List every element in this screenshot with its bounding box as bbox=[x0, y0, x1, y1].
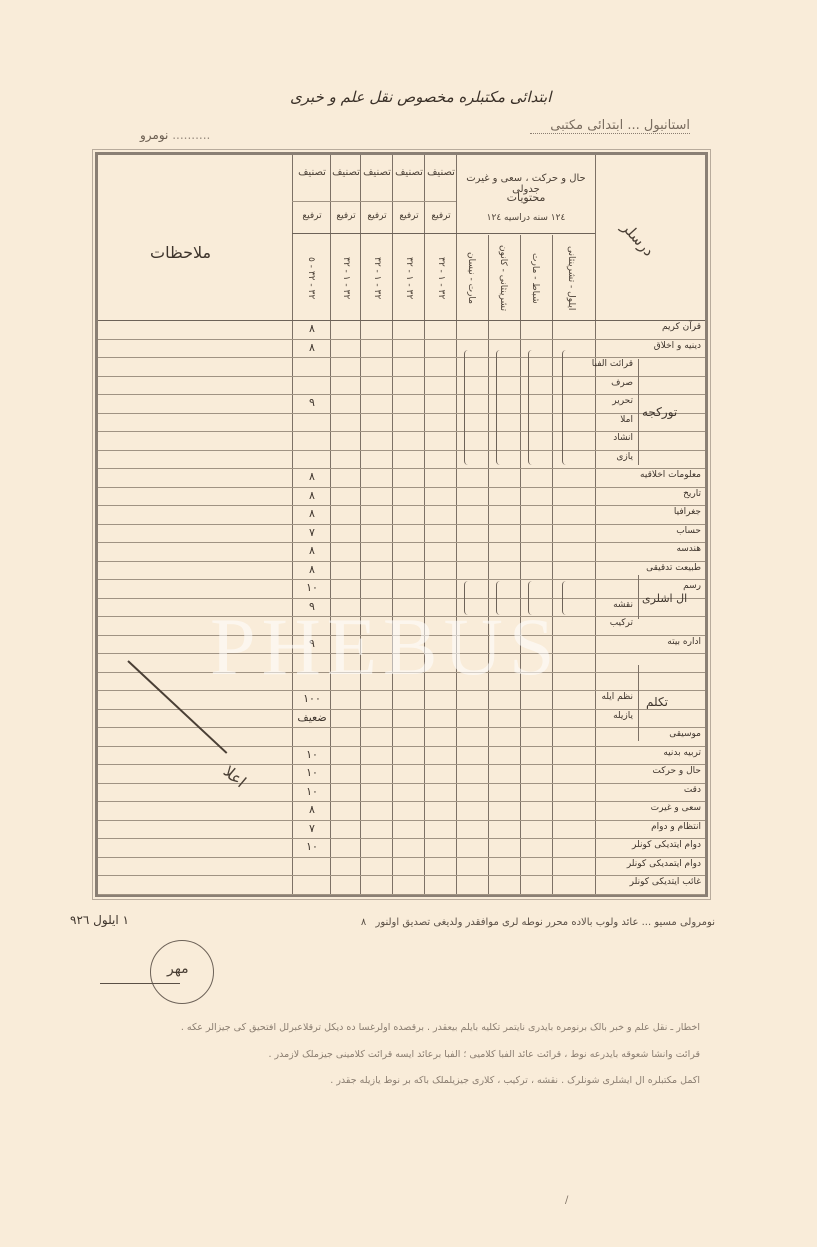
subject-label: انتظام و دوام bbox=[651, 822, 701, 832]
group-turkish: تورکجه bbox=[642, 405, 677, 419]
row-divider bbox=[98, 727, 705, 728]
school-name: استانبول ... ابتدائی مکتبی bbox=[530, 118, 690, 134]
row-divider bbox=[98, 413, 705, 414]
subject-label: حال و حرکت bbox=[652, 766, 701, 776]
divider bbox=[488, 235, 489, 894]
term-label-5: تصنیف bbox=[294, 167, 330, 178]
brace-mark bbox=[562, 350, 569, 465]
seal-signature: مهر bbox=[167, 961, 189, 977]
term-sub-1: ترفیع bbox=[426, 211, 456, 221]
row-divider bbox=[98, 746, 705, 747]
score-cell: ٨ bbox=[294, 489, 330, 502]
score-cell: ٧ bbox=[294, 822, 330, 835]
subject-label: حساب bbox=[676, 526, 701, 536]
term-date-4: ٣٢ - ١ - ٣٢ bbox=[341, 243, 351, 313]
group-divider bbox=[638, 575, 639, 619]
row-divider bbox=[98, 542, 705, 543]
subject-label: نقشه bbox=[613, 600, 633, 610]
brace-mark bbox=[464, 350, 471, 465]
row-divider bbox=[98, 838, 705, 839]
row-divider bbox=[98, 801, 705, 802]
subject-label: اداره بیته bbox=[667, 637, 701, 647]
remarks-signature: اعلا bbox=[220, 762, 250, 792]
group-speech: تکلم bbox=[646, 695, 668, 709]
subject-label: غائب ایتدیکی کونلر bbox=[630, 877, 701, 887]
subject-label: سعی و غیرت bbox=[651, 803, 701, 813]
score-cell: ٨ bbox=[294, 322, 330, 335]
document-title: ابتدائی مکتبلره مخصوص نقل علم و خبری bbox=[290, 88, 551, 106]
subject-label: صرف bbox=[611, 378, 633, 388]
row-divider bbox=[98, 431, 705, 432]
term-label-3: تصنیف bbox=[362, 167, 392, 178]
term-label-2: تصنیف bbox=[394, 167, 424, 178]
score-cell: ١٠ bbox=[294, 748, 330, 761]
score-cell: ١٠ bbox=[294, 840, 330, 853]
subject-label: دقت bbox=[684, 785, 701, 795]
term-date-3: ٣٢ - ١ - ٣٢ bbox=[372, 243, 382, 313]
subject-label: دوام ایتدیکی کونلر bbox=[632, 840, 701, 850]
group-divider bbox=[638, 665, 639, 741]
divider bbox=[520, 235, 521, 894]
term-date-1: ٣٢ - ١ - ٣٢ bbox=[436, 243, 446, 313]
score-cell: ١٠ bbox=[294, 581, 330, 594]
term-date-5: ٣٢ - ٣٢ - ٥ bbox=[306, 243, 316, 313]
score-cell: ١٠٠ bbox=[294, 692, 330, 705]
signature-stroke bbox=[100, 983, 180, 984]
subject-label: نظم ایله bbox=[601, 692, 633, 702]
row-divider bbox=[98, 875, 705, 876]
score-cell: ضعیف bbox=[294, 711, 330, 724]
subject-label: هندسه bbox=[676, 544, 701, 554]
subject-label: طبیعت تدقیقی bbox=[646, 563, 701, 573]
score-cell: ٨ bbox=[294, 341, 330, 354]
term-sub-5: ترفیع bbox=[294, 211, 330, 221]
term-date-2: ٣٢ - ١ - ٣٢ bbox=[404, 243, 414, 313]
subject-label: قرائت الفبا bbox=[592, 359, 633, 369]
score-cell: ٨ bbox=[294, 803, 330, 816]
month-col-4: ایلول - تشرینثانی bbox=[566, 243, 576, 313]
row-divider bbox=[98, 820, 705, 821]
subject-label: جغرافیا bbox=[674, 507, 701, 517]
seal-circle: مهر bbox=[150, 940, 214, 1004]
score-cell: ٨ bbox=[294, 470, 330, 483]
month-col-3: شباط - مارت bbox=[530, 243, 540, 313]
row-divider bbox=[98, 598, 705, 599]
grades-table: حال و حرکت ، سعی و غیرت جدولی محتویات ١٢… bbox=[95, 152, 708, 897]
subject-label: یازی bbox=[616, 452, 633, 462]
row-divider bbox=[98, 394, 705, 395]
score-cell: ٩ bbox=[294, 396, 330, 409]
subject-label: دوام ایتمدیکی کونلر bbox=[627, 859, 701, 869]
subject-label: رسم bbox=[683, 581, 701, 591]
certification-date: ١ ایلول ٩٢٦ bbox=[70, 913, 129, 927]
header-bottom-line bbox=[98, 320, 705, 321]
row-divider bbox=[98, 524, 705, 525]
subject-label: معلومات اخلاقیه bbox=[640, 470, 701, 480]
term-label-4: تصنیف bbox=[332, 167, 360, 178]
subject-label: املا bbox=[620, 415, 633, 425]
subject-label: یازیله bbox=[613, 711, 633, 721]
row-divider bbox=[98, 468, 705, 469]
month-col-2: تشرینثانی - کانون bbox=[498, 243, 508, 313]
row-divider bbox=[98, 450, 705, 451]
certification-text: نومرولی مسیو ... عائد ولوب بالاده محرر ن… bbox=[375, 917, 715, 928]
number-field: .......... نومرو bbox=[140, 128, 210, 142]
subject-label: قرآن کریم bbox=[662, 322, 701, 332]
group-divider bbox=[638, 359, 639, 465]
row-divider bbox=[98, 376, 705, 377]
conduct-sub: محتویات bbox=[458, 191, 594, 204]
number-value: .......... bbox=[172, 128, 210, 142]
row-divider bbox=[98, 764, 705, 765]
divider bbox=[292, 233, 595, 234]
subject-label: موسیقی bbox=[669, 729, 701, 739]
subject-label: تربیه بدنیه bbox=[663, 748, 701, 758]
certification-line: نومرولی مسیو ... عائد ولوب بالاده محرر ن… bbox=[95, 917, 715, 928]
group-handwork: ال اشلری bbox=[642, 592, 687, 605]
subject-label: تحریر bbox=[612, 396, 633, 406]
brace-mark bbox=[528, 350, 535, 465]
score-cell: ٨ bbox=[294, 563, 330, 576]
remarks-header: ملاحظات bbox=[150, 243, 211, 262]
row-divider bbox=[98, 561, 705, 562]
row-divider bbox=[98, 894, 705, 895]
row-divider bbox=[98, 857, 705, 858]
row-divider bbox=[98, 339, 705, 340]
subject-label: تاریخ bbox=[683, 489, 701, 499]
row-divider bbox=[98, 783, 705, 784]
school-year: ١٢٤ سنه دراسیه ١٢٤ bbox=[458, 213, 594, 223]
certification-number: ٨ bbox=[361, 917, 366, 928]
score-cell: ٨ bbox=[294, 544, 330, 557]
row-divider bbox=[98, 579, 705, 580]
subjects-header: درسلر bbox=[618, 218, 658, 260]
score-cell: ٧ bbox=[294, 526, 330, 539]
note-line-1: اخطار ـ نقل علم و خبر بالک برنومره بایدر… bbox=[140, 1022, 700, 1033]
term-sub-2: ترفیع bbox=[394, 211, 424, 221]
brace-mark bbox=[562, 581, 569, 615]
term-label-1: تصنیف bbox=[426, 167, 456, 178]
subject-label: دینیه و اخلاق bbox=[654, 341, 701, 351]
watermark: PHEBUS bbox=[210, 600, 560, 694]
brace-mark bbox=[496, 350, 503, 465]
subject-label: انشاد bbox=[613, 433, 633, 443]
note-line-3: اکمل مکتبلره ال ایشلری شونلرک . نقشه ، ت… bbox=[140, 1075, 700, 1086]
number-label: نومرو bbox=[140, 128, 168, 142]
score-cell: ١٠ bbox=[294, 785, 330, 798]
divider bbox=[292, 201, 456, 202]
row-divider bbox=[98, 487, 705, 488]
pencil-mark: / bbox=[565, 1195, 568, 1206]
note-line-2: قرائت وانشا شعوقه بایدرعه نوط ، قرائت عا… bbox=[140, 1049, 700, 1060]
subject-label: ترکیب bbox=[610, 618, 633, 628]
divider bbox=[552, 235, 553, 894]
score-cell: ١٠ bbox=[294, 766, 330, 779]
row-divider bbox=[98, 709, 705, 710]
row-divider bbox=[98, 505, 705, 506]
row-divider bbox=[98, 357, 705, 358]
term-sub-4: ترفیع bbox=[332, 211, 360, 221]
score-cell: ٨ bbox=[294, 507, 330, 520]
term-sub-3: ترفیع bbox=[362, 211, 392, 221]
month-col-1: مارت - نیسان bbox=[466, 243, 476, 313]
